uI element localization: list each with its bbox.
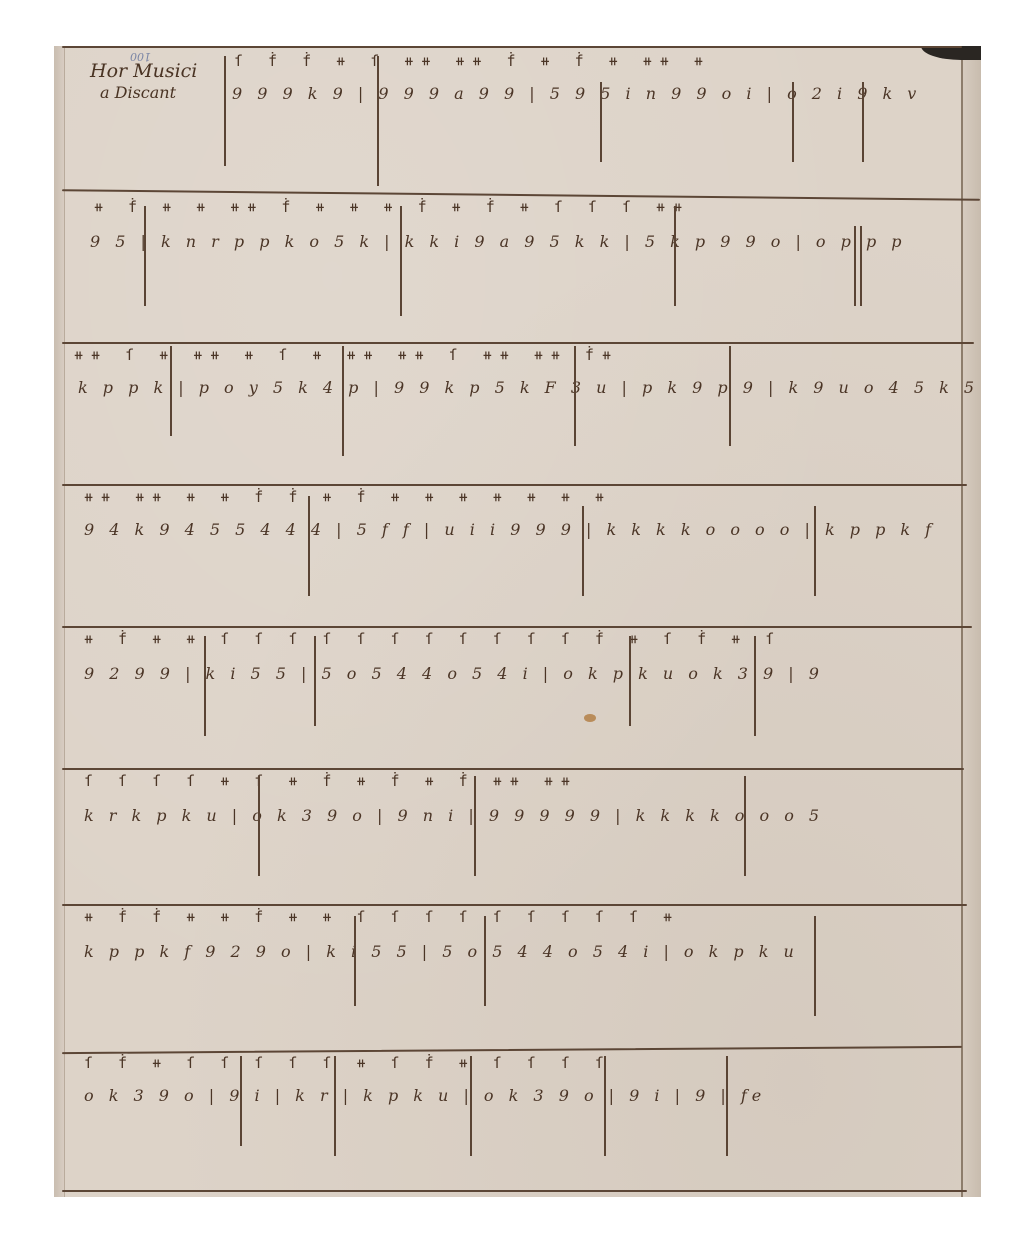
tablature-letters: 9 5 | k n r p p k o 5 k | k k i 9 a 9 5 …	[90, 232, 907, 251]
tablature-letters: k p p k f 9 2 9 o | k i 5 5 | 5 o 5 4 4 …	[84, 942, 799, 961]
system-rule	[62, 904, 967, 906]
barline	[744, 776, 746, 876]
tablature-letters: k r k p k u | o k 3 9 o | 9 n i | 9 9 9 …	[84, 806, 824, 825]
barline	[600, 82, 602, 162]
barline	[862, 82, 864, 162]
rhythm-signs: ⧺⧺ ⧺⧺ ⧺ ⧺ ḟ ḟ ⧺ ḟ ⧺ ⧺ ⧺ ⧺ ⧺ ⧺ ⧺	[84, 488, 612, 506]
system-rule	[62, 626, 972, 628]
scan-shadow-corner	[921, 46, 981, 60]
rhythm-signs: ⧺ ḟ ⧺ ⧺ ſ ſ ſ ſ ſ ſ ſ ſ ſ ſ ſ ḟ ⧺ ſ ḟ ⧺ …	[84, 630, 782, 648]
barline	[470, 1056, 472, 1156]
tablature-letters: o k 3 9 o | 9 i | k r | k p k u | o k 3 …	[84, 1086, 766, 1105]
barline	[854, 226, 856, 306]
rhythm-signs: ⧺ ḟ ḟ ⧺ ⧺ ḟ ⧺ ⧺ ſ ſ ſ ſ ſ ſ ſ ſ ſ ⧺	[84, 908, 680, 926]
barline	[170, 346, 172, 436]
barline	[604, 1056, 606, 1156]
barline	[258, 776, 260, 876]
barline	[484, 916, 486, 1006]
barline	[754, 636, 756, 736]
barline	[334, 1056, 336, 1156]
barline	[674, 206, 676, 306]
binding-edge	[54, 46, 65, 1197]
rhythm-signs: ſ ḟ ḟ ⧺ ſ ⧺⧺ ⧺⧺ ḟ ⧺ ḟ ⧺ ⧺⧺ ⧺	[234, 52, 711, 70]
barline	[308, 496, 310, 596]
heading-line-1: Hor Musici	[90, 60, 197, 82]
tablature-letters: 9 4 k 9 4 5 5 4 4 4 | 5 f f | u i i 9 9 …	[84, 520, 936, 539]
barline	[342, 346, 344, 456]
system-rule	[62, 484, 967, 486]
barline	[726, 1056, 728, 1156]
barline	[144, 206, 146, 306]
ink-stain	[584, 714, 596, 722]
barline	[377, 56, 379, 186]
barline	[814, 506, 816, 596]
tablature-letters: k p p k | p o y 5 k 4 p | 9 9 k p 5 k F …	[78, 378, 981, 397]
barline	[400, 206, 402, 316]
barline	[860, 226, 862, 306]
barline	[814, 916, 816, 1016]
page-fore-edge	[961, 46, 981, 1197]
tablature-letters: 9 9 9 k 9 | 9 9 9 a 9 9 | 5 9 5 i n 9 9 …	[232, 84, 921, 103]
rhythm-signs: ſ ḟ ⧺ ſ ſ ſ ſ ſ ⧺ ſ ḟ ⧺ ſ ſ ſ ſ	[84, 1054, 612, 1072]
manuscript-page: 100 Hor Musici a Discant ſ ḟ ḟ ⧺ ſ ⧺⧺ ⧺⧺…	[54, 46, 981, 1197]
barline	[582, 506, 584, 596]
barline	[474, 776, 476, 876]
system-rule	[62, 342, 974, 344]
rhythm-signs: ſ ſ ſ ſ ⧺ ſ ⧺ ḟ ⧺ ḟ ⧺ ḟ ⧺⧺ ⧺⧺	[84, 772, 578, 790]
system-rule	[62, 1046, 962, 1054]
system-rule	[62, 46, 962, 48]
barline	[240, 1056, 242, 1146]
barline	[729, 346, 731, 446]
tablature-letters: 9 2 9 9 | k i 5 5 | 5 o 5 4 4 o 5 4 i | …	[84, 664, 824, 683]
barline	[354, 916, 356, 1006]
system-rule	[62, 1190, 967, 1192]
rhythm-signs: ⧺ ḟ ⧺ ⧺ ⧺⧺ ḟ ⧺ ⧺ ⧺ ḟ ⧺ ḟ ⧺ ſ ſ ſ ⧺⧺	[94, 198, 690, 216]
barline	[204, 636, 206, 736]
barline	[314, 636, 316, 726]
barline	[629, 636, 631, 726]
rhythm-signs: ⧺⧺ ſ ⧺ ⧺⧺ ⧺ ſ ⧺ ⧺⧺ ⧺⧺ ſ ⧺⧺ ⧺⧺ ḟ⧺	[74, 346, 619, 364]
piece-heading: Hor Musici a Discant	[90, 60, 197, 104]
barline	[574, 346, 576, 446]
barline	[792, 82, 794, 162]
heading-line-2: a Discant	[90, 82, 197, 104]
system-rule	[62, 768, 964, 770]
barline	[224, 56, 226, 166]
